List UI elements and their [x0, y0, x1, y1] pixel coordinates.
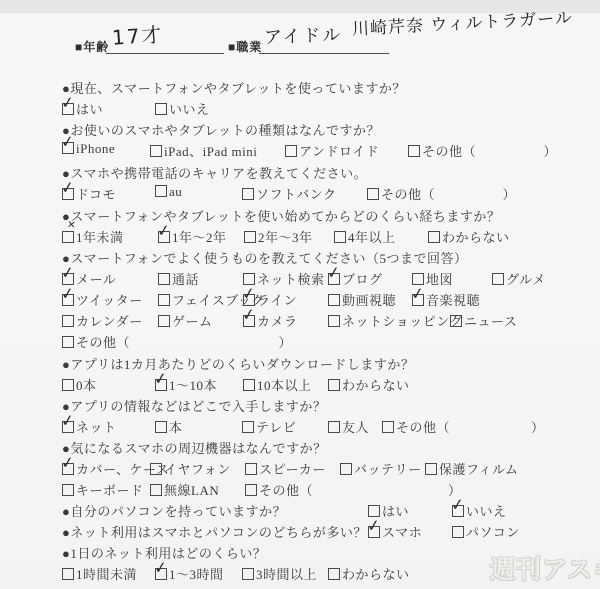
checkbox-option: ✓iPhone [62, 141, 115, 157]
option-label: テレビ [256, 420, 296, 435]
checkbox-option: わからない [428, 227, 510, 246]
check-mark-icon: ✓ [241, 285, 257, 303]
checkbox [155, 185, 167, 197]
check-mark-icon: ✓ [410, 285, 426, 303]
option-label: ブログ [342, 272, 383, 287]
checkbox-option: iPad、iPad mini [150, 141, 257, 160]
check-mark-icon: ✓ [60, 179, 76, 197]
checkbox [328, 315, 340, 327]
checkbox [158, 315, 170, 327]
option-label: いいえ [466, 504, 507, 519]
checkbox-option: ソフトバンク [242, 184, 336, 203]
check-mark-icon: ✓ [153, 559, 169, 577]
checkbox-option: ✓ネット [62, 417, 117, 436]
checkbox-option: au [155, 184, 182, 200]
option-label: スピーカー [259, 462, 326, 477]
check-mark-icon: ✓ [60, 133, 76, 151]
check-mark-icon: ✓ [153, 370, 169, 388]
check-mark-icon: ✓ [60, 94, 76, 112]
checkbox [155, 103, 167, 115]
question-text: ●自分のパソコンを持っていますか？ [62, 501, 286, 520]
checkbox [158, 273, 170, 285]
checkbox: ✓ [62, 463, 74, 475]
option-label: ネット検索 [257, 272, 325, 287]
checkbox-option: その他（ ） [245, 480, 462, 499]
option-label: わからない [342, 378, 410, 393]
option-label: 2年～3年 [258, 230, 313, 245]
checkbox-option: わからない [328, 564, 410, 583]
option-label: 3時間以上 [256, 567, 317, 582]
checkbox-option: ✓いいえ [452, 501, 507, 520]
checkbox: ✓ [62, 421, 74, 433]
checkbox-option: ✓スマホ [368, 522, 422, 541]
question-text: ●現在、スマートフォンやタブレットを使っていますか？ [62, 78, 406, 97]
checkbox-option: ✓カメラ [243, 311, 298, 330]
option-label: はい [382, 504, 409, 519]
question-text: ●スマートフォンでよく使うものを教えてください（5つまで回答） [62, 248, 468, 267]
option-label: メール [76, 272, 116, 287]
option-label: 0本 [76, 378, 97, 393]
checkbox [242, 421, 254, 433]
checkbox-option: ネットショッピング [328, 311, 463, 330]
checkbox [408, 145, 420, 157]
checkbox-option: ゲーム [158, 311, 213, 330]
checkbox-option: 動画視聴 [328, 290, 396, 309]
checkbox-option: アンドロイド [285, 141, 379, 160]
checkbox [243, 379, 255, 391]
checkbox [242, 188, 254, 200]
checkbox [425, 463, 437, 475]
checkbox-option: その他（ ） [382, 417, 545, 436]
option-label: パソコン [466, 525, 520, 540]
option-label: はい [76, 102, 103, 117]
checkbox [62, 484, 74, 496]
option-label: 友人 [342, 420, 369, 435]
checkbox: ✓ [155, 568, 167, 580]
checkbox [150, 484, 162, 496]
checkbox: ✓ [158, 231, 170, 243]
option-label: アンドロイド [299, 144, 379, 159]
option-label: ネットショッピング [342, 314, 463, 329]
checkbox-option: グルメ [492, 269, 546, 288]
checkbox-option: ✓はい [62, 99, 103, 118]
option-label: 本 [169, 420, 183, 435]
check-mark-icon: ✓ [60, 454, 76, 472]
question-text: ●お使いのスマホやタブレットの種類はなんですか？ [62, 120, 380, 139]
option-label: ゲーム [172, 314, 213, 329]
option-label: 1年未満 [76, 230, 124, 245]
option-label: わからない [342, 567, 410, 582]
option-label: 動画視聴 [342, 293, 396, 308]
age-label: ■年齢 [75, 38, 109, 55]
checkbox [150, 463, 162, 475]
checkbox-option: 1時間未満 [62, 564, 137, 583]
checkbox-option: 2年～3年 [244, 227, 313, 246]
option-label: スマホ [382, 525, 422, 540]
age-underline [106, 53, 224, 54]
checkbox-option: キーボード [62, 480, 144, 499]
checkbox-option: いいえ [155, 99, 210, 118]
checkbox: ✓ [62, 294, 74, 306]
question-text: ●アプリは1カ月あたりどのくらいダウンロードしますか？ [62, 354, 414, 373]
checkbox-option: イヤフォン [150, 459, 231, 478]
option-label: その他（ ） [259, 483, 462, 498]
checkbox-option: 4年以上 [334, 227, 396, 246]
check-mark-icon: ✓ [60, 264, 76, 282]
option-label: 音楽視聴 [426, 293, 480, 308]
option-label: カメラ [257, 314, 298, 329]
checkbox-option: 10本以上 [243, 375, 312, 394]
checkbox [367, 188, 379, 200]
option-label: 無線LAN [164, 483, 219, 498]
option-label: au [169, 184, 182, 199]
option-label: ライン [257, 293, 297, 308]
option-label: その他（ ） [381, 187, 516, 202]
check-mark-icon: ✓ [241, 306, 257, 324]
check-mark-icon: ✓ [366, 517, 382, 535]
option-label: iPad、iPad mini [164, 144, 257, 159]
checkbox [428, 231, 440, 243]
checkbox: ✓ [368, 526, 380, 538]
questionnaire-scan: ■年齢 17才 ■職業 アイドル 川崎芹奈 ウィルトラガール ●現在、スマートフ… [0, 0, 600, 589]
checkbox-option: その他（ ） [367, 184, 516, 203]
publisher-watermark: 週刊アスキー [490, 550, 600, 586]
checkbox-option: わからない [328, 375, 410, 394]
option-label: 通話 [172, 272, 199, 287]
checkbox: ✓ [412, 294, 424, 306]
checkbox-option: 本 [155, 417, 183, 436]
option-label: その他（ ） [422, 144, 557, 159]
checkbox-option: その他（ ） [408, 141, 557, 160]
checkbox-option: ✓1年～2年 [158, 227, 227, 246]
option-label: その他（ ） [396, 420, 545, 435]
checkbox-option: ✓1～10本 [155, 375, 217, 394]
check-mark-icon: ✓ [60, 412, 76, 430]
checkbox-option: ネット検索 [243, 269, 325, 288]
option-label: 1年～2年 [172, 230, 227, 245]
checkbox-option: 0本 [62, 375, 97, 394]
checkbox [492, 273, 504, 285]
option-label: バッテリー [354, 462, 422, 477]
checkbox [328, 568, 340, 580]
check-mark-icon: ✓ [156, 222, 172, 240]
option-label: iPhone [76, 141, 115, 156]
option-label: いいえ [169, 102, 210, 117]
checkbox [158, 294, 170, 306]
checkbox-option: ニュース [450, 311, 517, 330]
checkbox [334, 231, 346, 243]
checkbox [245, 463, 257, 475]
checkbox-option: ✓ツイッター [62, 290, 143, 309]
option-label: 地図 [426, 272, 453, 287]
checkbox-option: 3時間以上 [242, 564, 317, 583]
checkbox [155, 421, 167, 433]
option-label: イヤフォン [164, 462, 231, 477]
option-label: キーボード [76, 483, 144, 498]
checkbox-option: ✓音楽視聴 [412, 290, 480, 309]
checkbox [328, 294, 340, 306]
checkbox [450, 315, 462, 327]
option-label: ツイッター [76, 293, 143, 308]
option-label: 10本以上 [257, 378, 312, 393]
question-text: ●ネット利用はスマホとパソコンのどちらが多い？ [62, 522, 367, 541]
checkbox [285, 145, 297, 157]
question-text: ●アプリの情報などはどこで入手しますか？ [62, 396, 326, 415]
checkbox-option: テレビ [242, 417, 296, 436]
option-label: わからない [442, 230, 510, 245]
checkbox: ✓ [155, 379, 167, 391]
question-text: ●スマホや携帯電話のキャリアを教えてください。 [62, 163, 367, 182]
checkbox-option: ✓1～3時間 [155, 564, 224, 583]
question-text: ●スマートフォンやタブレットを使い始めてからどのくらい経ちますか？ [62, 206, 500, 225]
option-label: その他（ ） [76, 335, 292, 350]
option-label: ドコモ [76, 187, 116, 202]
checkbox [244, 231, 256, 243]
checkbox: ✓ [243, 315, 255, 327]
checkbox-option: パソコン [452, 522, 520, 541]
checkbox-option: その他（ ） [62, 332, 292, 351]
checkbox-option: 保護フィルム [425, 459, 518, 478]
option-label: カレンダー [76, 314, 143, 329]
checkbox-option: スピーカー [245, 459, 326, 478]
option-label: ソフトバンク [256, 187, 336, 202]
option-label: 1時間未満 [76, 567, 137, 582]
checkbox [245, 484, 257, 496]
occupation-underline [259, 53, 389, 54]
checkbox-option: ✓ドコモ [62, 184, 116, 203]
checkbox: ✓ [452, 505, 464, 517]
checkbox [382, 421, 394, 433]
checkbox [328, 421, 340, 433]
cross-out-mark-icon: ✕ [67, 221, 77, 232]
checkbox [62, 379, 74, 391]
checkbox-option: 無線LAN [150, 480, 219, 499]
checkbox-option: 友人 [328, 417, 369, 436]
option-label: グルメ [506, 272, 546, 287]
option-label: ネット [76, 420, 117, 435]
occupation-label: ■職業 [228, 38, 262, 55]
checkbox [328, 379, 340, 391]
checkbox-option: カレンダー [62, 311, 143, 330]
checkbox-option: 通話 [158, 269, 199, 288]
check-mark-icon: ✓ [60, 285, 76, 303]
checkbox [62, 315, 74, 327]
checkbox [242, 568, 254, 580]
checkbox [452, 526, 464, 538]
checkbox [62, 568, 74, 580]
checkbox-option: バッテリー [340, 459, 422, 478]
checkbox [340, 463, 352, 475]
checkbox: ✓ [62, 188, 74, 200]
checkbox [150, 145, 162, 157]
option-label: 1～3時間 [169, 567, 224, 582]
handwritten-age: 17才 [111, 24, 164, 48]
checkbox-option: ✕1年未満 [62, 227, 124, 246]
handwritten-name: 川崎芹奈 ウィルトラガール [352, 10, 574, 39]
checkbox: ✓ [328, 273, 340, 285]
option-label: ニュース [464, 314, 517, 329]
option-label: 4年以上 [348, 230, 396, 245]
option-label: 保護フィルム [439, 462, 518, 477]
check-mark-icon: ✓ [450, 496, 466, 514]
checkbox: ✓ [62, 142, 74, 154]
handwritten-occupation: アイドル [264, 27, 343, 48]
question-text: ●気になるスマホの周辺機器はなんですか？ [62, 438, 327, 457]
checkbox: ✓ [62, 103, 74, 115]
option-label: 1～10本 [169, 378, 217, 393]
check-mark-icon: ✓ [326, 264, 342, 282]
checkbox: ✕ [62, 231, 74, 243]
checkbox-option: ✓ブログ [328, 269, 383, 288]
checkbox [62, 336, 74, 348]
